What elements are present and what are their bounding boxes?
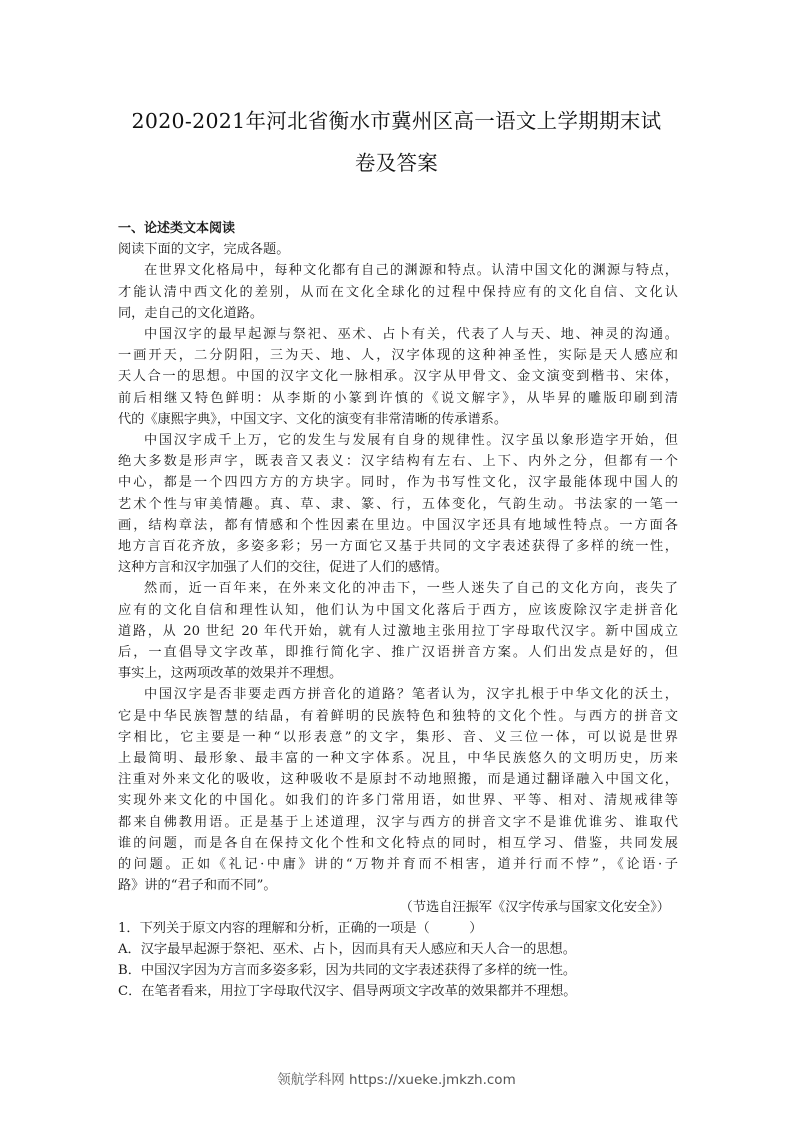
paragraph-line: 艺术个性与审美情趣。真、草、隶、篆、行，五体变化，气韵生动。书法家的一笔一 [118,494,678,515]
question-stem: 1．下列关于原文内容的理解和分析，正确的一项是（ ） [118,918,678,939]
paragraph-line: 一画开天，二分阴阳，三为天、地、人，汉字体现的这种神圣性，实际是天人感应和 [118,345,678,366]
paragraph-5: 中国汉字是否非要走西方拼音化的道路？笔者认为，汉字扎根于中华文化的沃土， 它是中… [118,684,678,896]
paragraph-line: 这种方言和汉字加强了人们的交往，促进了人们的感情。 [118,557,678,578]
paragraph-line: 代的《康熙字典》，中国文字、文化的演变有非常清晰的传承谱系。 [118,409,678,430]
section-heading: 一、论述类文本阅读 [118,218,678,239]
paragraph-line: 它是中华民族智慧的结晶，有着鲜明的民族特色和独特的文化个性。与西方的拼音文 [118,706,678,727]
paragraph-2: 中国汉字的最早起源与祭祀、巫术、占卜有关，代表了人与天、地、神灵的沟通。 一画开… [118,324,678,430]
paragraph-line: 应有的文化自信和理性认知，他们认为中国文化落后于西方，应该废除汉字走拼音化 [118,600,678,621]
question-1: 1．下列关于原文内容的理解和分析，正确的一项是（ ） A．汉字最早起源于祭祀、巫… [118,918,678,1003]
option-c: C．在笔者看来，用拉丁字母取代汉字、倡导两项文字改革的效果都并不理想。 [118,981,678,1002]
paragraph-line: 地方言百花齐放，多姿多彩；另一方面它又基于共同的文字表述获得了多样的统一性， [118,536,678,557]
paragraph-line: 实现外来文化的中国化。如我们的许多门常用语，如世界、平等、相对、清规戒律等 [118,790,678,811]
paragraph-line: 天人合一的思想。中国的汉字文化一脉相承。汉字从甲骨文、金文演变到楷书、宋体， [118,366,678,387]
paragraph-4: 然而，近一百年来，在外来文化的冲击下，一些人迷失了自己的文化方向，丧失了 应有的… [118,578,678,684]
paragraph-line: 中国汉字成千上万，它的发生与发展有自身的规律性。汉字虽以象形造字开始，但 [118,430,678,451]
paragraph-line: 注重对外来文化的吸收，这种吸收不是原封不动地照搬，而是通过翻译融入中国文化， [118,769,678,790]
paragraph-line: 画，结构章法，都有情感和个性因素在里边。中国汉字还具有地域性特点。一方面各 [118,515,678,536]
paragraph-line: 的问题。正如《礼记·中庸》讲的“万物并育而不相害，道并行而不悖”，《论语·子 [118,854,678,875]
instruction-text: 阅读下面的文字，完成各题。 [118,239,678,260]
paragraph-line: 后，一直倡导文字改革，即推行简化字、推广汉语拼音方案。人们出发点是好的，但 [118,642,678,663]
paragraph-3: 中国汉字成千上万，它的发生与发展有自身的规律性。汉字虽以象形造字开始，但 绝大多… [118,430,678,578]
paragraph-line: 在世界文化格局中，每种文化都有自己的渊源和特点。认清中国文化的渊源与特点， [118,260,678,281]
option-b: B．中国汉字因为方言而多姿多彩，因为共同的文字表述获得了多样的统一性。 [118,960,678,981]
paragraph-1: 在世界文化格局中，每种文化都有自己的渊源和特点。认清中国文化的渊源与特点， 才能… [118,260,678,324]
paragraph-line: 道路，从 20 世纪 20 年代开始，就有人过激地主张用拉丁字母取代汉字。新中国… [118,621,678,642]
document-body: 一、论述类文本阅读 阅读下面的文字，完成各题。 在世界文化格局中，每种文化都有自… [118,218,678,1003]
paragraph-line: 中国汉字的最早起源与祭祀、巫术、占卜有关，代表了人与天、地、神灵的沟通。 [118,324,678,345]
paragraph-line: 都来自佛教用语。正是基于上述道理，汉字与西方的拼音文字不是谁优谁劣、谁取代 [118,812,678,833]
paragraph-line: 绝大多数是形声字，既表音又表义：汉字结构有左右、上下、内外之分，但都有一个 [118,451,678,472]
paragraph-line: 同，走自己的文化道路。 [118,303,678,324]
option-a: A．汉字最早起源于祭祀、巫术、占卜，因而具有天人感应和天人合一的思想。 [118,939,678,960]
document-title-line-2: 卷及答案 [0,146,793,176]
paragraph-line: 字相比，它主要是一种“以形表意”的文字，集形、音、义三位一体，可以说是世界 [118,727,678,748]
paragraph-line: 中心，都是一个四四方方的方块字。同时，作为书写性文化，汉字最能体现中国人的 [118,472,678,493]
footer-watermark: 领航学科网 https://xueke.jmkzh.com [0,1068,793,1088]
paragraph-line: 事实上，这两项改革的效果并不理想。 [118,663,678,684]
paragraph-line: 前后相继又特色鲜明：从李斯的小篆到许慎的《说文解字》，从毕昇的雕版印刷到清 [118,388,678,409]
paragraph-line: 上最简明、最形象、最丰富的一种文字体系。况且，中华民族悠久的文明历史，历来 [118,748,678,769]
paragraph-line: 路》讲的“君子和而不同”。 [118,875,678,896]
paragraph-line: 中国汉字是否非要走西方拼音化的道路？笔者认为，汉字扎根于中华文化的沃土， [118,684,678,705]
paragraph-line: 然而，近一百年来，在外来文化的冲击下，一些人迷失了自己的文化方向，丧失了 [118,578,678,599]
source-citation: （节选自汪振军《汉字传承与国家文化安全》） [118,897,678,918]
paragraph-line: 谁的问题，而是各自在保持文化个性和文化特点的同时，相互学习、借鉴，共同发展 [118,833,678,854]
paragraph-line: 才能认清中西文化的差别，从而在文化全球化的过程中保持应有的文化自信、文化认 [118,282,678,303]
document-title-line-1: 2020-2021年河北省衡水市冀州区高一语文上学期期末试 [0,104,793,134]
